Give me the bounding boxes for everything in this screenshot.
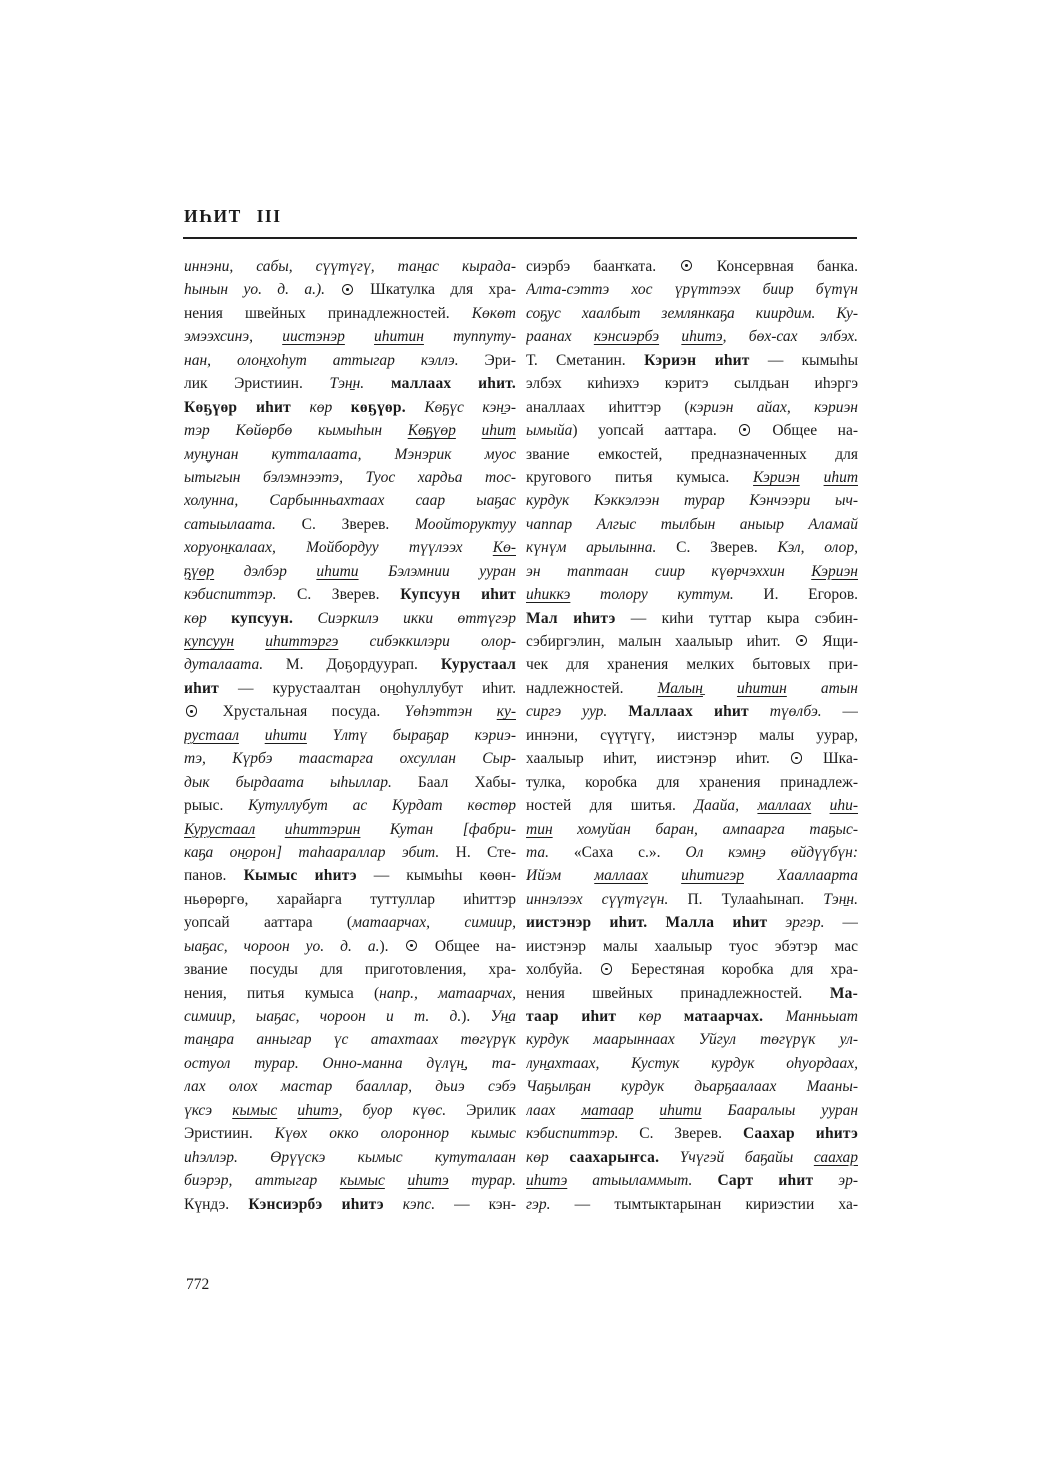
text-run: Курустаал: [418, 656, 516, 673]
text-line: эмээхсинэ, иистэнэр иһитин туппуту-: [184, 325, 516, 348]
column-right: сиэрбэ бааҥката. Консервная банка.Алта-с…: [526, 255, 858, 1216]
text-run: атын: [787, 680, 858, 697]
text-run: Тэн̱н.: [804, 891, 858, 908]
text-run: рыыс.: [184, 797, 223, 814]
text-run: Моойторуктуу: [389, 516, 516, 533]
dictionary-page: ИҺИТ III иннэни, сабы, сүүтүгү, тан̱ас к…: [0, 0, 1040, 1473]
text-line: ҕүөр дэлбэр иһити Бэлэмнии ууран: [184, 560, 516, 583]
text-run: симиир, ыаҕас, чороон и т. д.: [184, 1008, 461, 1025]
text-run: ку-: [497, 703, 516, 720]
text-run: мун̱унан кутталаата, Мэнэрик муос: [184, 446, 516, 463]
text-line: Ийэм маллаах иһитигэр Хааллаарта: [526, 864, 858, 887]
text-run: иһит: [482, 422, 516, 439]
text-run: [811, 797, 829, 814]
text-run: иннэлээх сүүтүгүн.: [526, 891, 668, 908]
text-run: иистэнэр: [282, 328, 345, 345]
column-left: иннэни, сабы, сүүтүгү, тан̱ас кырада-һын…: [184, 255, 516, 1216]
text-run: Ийэм: [526, 867, 594, 884]
text-run: иһити: [316, 563, 358, 580]
text-line: рыыс. Кутуллубут ас Курдат көстөр: [184, 794, 516, 817]
text-line: иннэни, сабы, сүүтүгү, тан̱ас кырада-: [184, 255, 516, 278]
text-run: кымыс: [232, 1102, 277, 1119]
text-run: нения, питья кумыса (: [184, 985, 379, 1002]
text-run: Кэнсиэрбэ иһитэ: [229, 1196, 384, 1213]
text-line: тэр Көйөрбө кымыһын Көҕүөр иһит: [184, 419, 516, 442]
text-line: тин хомуйан баран, ампаарга таҕыс-: [526, 818, 858, 841]
text-run: гэр.: [526, 1196, 551, 1213]
text-run: саахарыҥса.: [569, 1149, 659, 1166]
text-run: матаар: [581, 1102, 633, 1119]
text-run: [345, 328, 374, 345]
text-run: «Саха с.».: [549, 844, 661, 861]
text-line: иистэнэр малы хаалыыр туос эбэтэр мас: [526, 935, 858, 958]
text-line: каҕа он̱орон] таһаараллар эбит. Н. Сте-: [184, 841, 516, 864]
text-run: толору куттум.: [570, 586, 733, 603]
text-line: иннэлээх сүүтүгүн. П. Тулааһынап. Тэн̱н.: [526, 888, 858, 911]
text-run: [255, 821, 285, 838]
text-run: иһитин: [737, 680, 787, 697]
text-run: иистэнэр малы хаалыыр туос эбэтэр мас: [526, 938, 858, 955]
text-run: атыыламмыт.: [567, 1172, 692, 1189]
text-run: матаарчах.: [684, 1008, 763, 1025]
text-run: Эристиин.: [184, 1125, 253, 1142]
text-run: биэрэр, аттыгар: [184, 1172, 340, 1189]
text-run: Эрилик: [446, 1102, 516, 1119]
text-run: иистэнэр иһит. Малла иһит: [526, 914, 767, 931]
text-run: Кэриэн: [753, 469, 800, 486]
text-run: ньөрөргө, харайарга туттуллар иһиттэр: [184, 891, 516, 908]
text-run: дык бырдаата ыһыллар.: [184, 774, 392, 791]
text-run: Кутуллубут ас Курдат көстөр: [223, 797, 516, 814]
text-line: иһэллэр. Өрүүскэ кымыс кутуталаан: [184, 1146, 516, 1169]
text-run: аналлаах иһиттэр (: [526, 399, 690, 416]
text-run: һынын уо. д. а.).: [184, 281, 325, 298]
text-run: маллаах: [594, 867, 648, 884]
text-line: звание емкостей, предназначенных для: [526, 443, 858, 466]
text-run: иһитэ: [526, 1172, 567, 1189]
text-line: тулка, коробка для хранения принадлеж-: [526, 771, 858, 794]
text-run: турар.: [449, 1172, 516, 1189]
entry-marker-icon: [406, 940, 417, 951]
text-run: хомуйан баран, ампаарга таҕыс-: [553, 821, 858, 838]
text-line: көр саахарыҥса. Үчүгэй баҕайы саахар: [526, 1146, 858, 1169]
text-run: каҕа он̱орон] таһаараллар эбит.: [184, 844, 439, 861]
text-run: [456, 422, 482, 439]
text-run: лаах: [526, 1102, 581, 1119]
text-run: маллаах: [757, 797, 811, 814]
text-run: сиэрбэ бааҥката. Консервная банка.: [526, 258, 858, 275]
text-run: Т. Сметанин.: [526, 352, 626, 369]
text-run: [703, 680, 737, 697]
text-run: тулка, коробка для хранения принадлеж-: [526, 774, 858, 791]
text-line: тэ, Күрбэ таастарга охсуллан Сыр-: [184, 747, 516, 770]
text-run: Мал иһитэ: [526, 610, 616, 627]
text-line: Мал иһитэ — киһи туттар кыра сэбин-: [526, 607, 858, 630]
text-run: үксэ: [184, 1102, 232, 1119]
text-run: ытыгын бэлэмнээтэ, Туос хардьа тос-: [184, 469, 516, 486]
text-run: иһэллэр. Өрүүскэ кымыс кутуталаан: [184, 1149, 516, 1166]
text-run: иннэни, сабы, сүүтүгү, тан̱ас кырада-: [184, 258, 516, 275]
text-run: М. Доҕордуурап.: [263, 656, 418, 673]
entry-marker-icon: [681, 260, 692, 271]
text-line: лик Эристиин. Тэн̱н. маллаах иһит.: [184, 372, 516, 395]
text-run: остуол турар. Онно-манна дүлүн̱, та-: [184, 1055, 516, 1072]
text-run: тэр Көйөрбө кымыһын: [184, 422, 408, 439]
text-line: күнүм арылынна. С. Зверев. Кэл, олор,: [526, 536, 858, 559]
text-run: — кэн-: [435, 1196, 516, 1213]
text-line: курдук Кэккэлээн турар Кэнчээри ыч-: [526, 489, 858, 512]
text-line: Чаҕылҕан курдук дьарҕаалаах Мааны-: [526, 1075, 858, 1098]
text-run: — кымыһы: [750, 352, 858, 369]
text-run: иһиттэргэ: [265, 633, 338, 650]
text-line: иистэнэр иһит. Малла иһит эргэр. —: [526, 911, 858, 934]
text-run: хаалыыр иһит, иистэнэр иһит. Шка-: [526, 750, 858, 767]
text-line: курдук маарыннаах Уйгул төгүрүк ул-: [526, 1028, 858, 1051]
text-run: Баал Хабы-: [392, 774, 516, 791]
text-line: чаппар Алгыс тылбын аныыр Аламай: [526, 513, 858, 536]
text-run: купсуун.: [231, 610, 293, 627]
text-line: остуол турар. Онно-манна дүлүн̱, та-: [184, 1052, 516, 1075]
text-run: [800, 469, 824, 486]
text-run: — курустаалтан он̱оһуллубут иһит.: [219, 680, 516, 697]
text-run: [729, 469, 753, 486]
text-line: көр купсуун. Сиэркилэ икки өттүгэр: [184, 607, 516, 630]
text-line: лаах матаар иһити Бааралыы ууран: [526, 1099, 858, 1122]
text-run: дэлбэр: [214, 563, 316, 580]
text-run: П. Тулааһынап.: [668, 891, 804, 908]
text-run: Кымыс иһитэ: [226, 867, 356, 884]
text-run: көр: [616, 1008, 684, 1025]
text-run: рустаал: [184, 727, 239, 744]
text-run: Көҕүөр иһит: [184, 399, 291, 416]
text-line: нения швейных принадлежностей. Көкөт: [184, 302, 516, 325]
text-line: Курустаал иһиттэрин Кутан [фабри-: [184, 818, 516, 841]
text-run: Бааралыы ууран: [702, 1102, 858, 1119]
text-run: кэпс.: [384, 1196, 435, 1213]
text-run: Купсуун иһит: [380, 586, 516, 603]
text-run: иһитэ: [297, 1102, 338, 1119]
text-run: Кэриэн иһит: [626, 352, 750, 369]
text-line: иһит — курустаалтан он̱оһуллубут иһит.: [184, 677, 516, 700]
text-run: Курустаал: [184, 821, 255, 838]
text-run: иһитигэр: [681, 867, 744, 884]
text-run: И. Егоров.: [734, 586, 858, 603]
text-line: рустаал иһити Үлтү быраҕар кэриэ-: [184, 724, 516, 747]
text-run: кругового питья кумыса.: [526, 469, 729, 486]
text-run: түөлбэ.: [749, 703, 822, 720]
text-line: Алта-сэттэ хос үрүттээх биир бүтүн: [526, 278, 858, 301]
text-line: сиэрбэ бааҥката. Консервная банка.: [526, 255, 858, 278]
text-run: иһиттэрин: [285, 821, 361, 838]
text-run: Үчүгэй баҕайы: [659, 1149, 814, 1166]
text-run: Көкөт: [450, 305, 516, 322]
text-run: , бөх-сах элбэх.: [723, 328, 858, 345]
text-run: Күөх окко олороннор кымыс: [253, 1125, 516, 1142]
text-line: биэрэр, аттыгар кымыс иһитэ турар.: [184, 1169, 516, 1192]
text-line: панов. Кымыс иһитэ — кымыһы көөн-: [184, 864, 516, 887]
text-run: кэриэн айах, кэриэн: [690, 399, 858, 416]
text-run: [634, 1102, 660, 1119]
text-run: иһити: [265, 727, 307, 744]
text-run: көр: [526, 1149, 569, 1166]
text-line: холунна, Сарбынньахтаах саар ыаҕас: [184, 489, 516, 512]
text-run: нения швейных принадлежностей.: [184, 305, 450, 322]
text-line: Т. Сметанин. Кэриэн иһит — кымыһы: [526, 349, 858, 372]
text-line: уопсай ааттара (матаарчах, симиир,: [184, 911, 516, 934]
text-run: кэнсиэрбэ: [594, 328, 659, 345]
text-run: Үөһэттэн: [380, 703, 497, 720]
text-line: холбуйа. Берестяная коробка для хра-: [526, 958, 858, 981]
text-run: Маллаах иһит: [607, 703, 749, 720]
running-header: ИҺИТ III: [184, 206, 282, 227]
text-line: ытыгын бэлэмнээтэ, Туос хардьа тос-: [184, 466, 516, 489]
text-run: саахар: [814, 1149, 858, 1166]
text-run: ыаҕас, чороон уо. д. а.: [184, 938, 380, 955]
text-line: сатыылаата. С. Зверев. Моойторуктуу: [184, 513, 516, 536]
entry-marker-icon: [186, 705, 197, 716]
text-run: Көҕүс кэн̱э-: [406, 399, 516, 416]
text-run: ҕүөр: [184, 563, 214, 580]
text-run: Кэл, олор,: [758, 539, 858, 556]
text-run: нения швейных принадлежностей.: [526, 985, 802, 1002]
text-run: көр: [184, 610, 231, 627]
text-run: сэбиргэлин, малын хаалыыр иһит. Ящи-: [526, 633, 858, 650]
text-line: иһитэ атыыламмыт. Сарт иһит эр-: [526, 1169, 858, 1192]
text-run: кэбиспиттэр.: [184, 586, 276, 603]
text-run: купсуун: [184, 633, 234, 650]
text-line: лун̱ахтаах, Кустук курдук оһуордаах,: [526, 1052, 858, 1075]
text-line: тан̱ара анныгар үс атахтаах төгүрүк: [184, 1028, 516, 1051]
header-rule: [183, 237, 857, 239]
text-run: С. Зверев.: [656, 539, 757, 556]
text-run: С. Зверев.: [276, 586, 379, 603]
text-run: туппуту-: [424, 328, 516, 345]
text-run: [234, 633, 265, 650]
entry-marker-icon: [791, 752, 802, 763]
text-run: ностей для шитья.: [526, 797, 676, 814]
text-line: чек для хранения мелких бытовых при-: [526, 653, 858, 676]
text-run: [624, 680, 658, 697]
text-run: холунна, Сарбынньахтаах саар ыаҕас: [184, 492, 516, 509]
text-line: раанах кэнсиэрбэ иһитэ, бөх-сах элбэх.: [526, 325, 858, 348]
text-line: хоруон̱калаах, Мойбордуу түүлээх Кө-: [184, 536, 516, 559]
text-run: холбуйа. Берестяная коробка для хра-: [526, 961, 858, 978]
text-run: көр: [291, 399, 351, 416]
text-run: иһитэ: [681, 328, 722, 345]
entry-marker-icon: [601, 963, 612, 974]
text-run: соҕус хаалбыт землянкаҕа киирдим. Ку-: [526, 305, 858, 322]
text-line: эн таптаан сиир күөрчэххин Кэриэн: [526, 560, 858, 583]
text-run: иһит: [824, 469, 858, 486]
text-run: Малын̱: [658, 680, 703, 697]
text-run: Ма-: [802, 985, 858, 1002]
text-run: таар иһит: [526, 1008, 616, 1025]
text-run: [648, 867, 681, 884]
text-run: эр-: [813, 1172, 858, 1189]
text-line: гэр. — тымтыктарынан кириэстии ха-: [526, 1193, 858, 1216]
text-run: ымыйа: [526, 422, 572, 439]
text-run: ).: [461, 1008, 470, 1025]
text-line: һынын уо. д. а.). Шкатулка для хра-: [184, 278, 516, 301]
text-run: кэбиспиттэр.: [526, 1125, 618, 1142]
text-run: нан, олон̱хоһут аттыгар кэллэ.: [184, 352, 459, 369]
text-run: [239, 727, 265, 744]
text-line: Эристиин. Күөх окко олороннор кымыс: [184, 1122, 516, 1145]
text-line: ымыйа) уопсай ааттара. Общее на-: [526, 419, 858, 442]
text-run: —: [822, 703, 858, 720]
text-run: Саахар иһитэ: [722, 1125, 858, 1142]
text-line: кэбиспиттэр. С. Зверев. Купсуун иһит: [184, 583, 516, 606]
text-run: Хрустальная посуда.: [184, 703, 380, 720]
text-run: лун̱ахтаах, Кустук курдук оһуордаах,: [526, 1055, 858, 1072]
text-run: эргэр.: [767, 914, 824, 931]
text-line: сэбиргэлин, малын хаалыыр иһит. Ящи-: [526, 630, 858, 653]
text-run: иннэни, сүүтүгү, иистэнэр малы уурар,: [526, 727, 858, 744]
text-line: лах олох мастар бааллар, дьиэ сэбэ: [184, 1075, 516, 1098]
text-run: эн таптаан сиир күөрчэххин: [526, 563, 811, 580]
text-line: ньөрөргө, харайарга туттуллар иһиттэр: [184, 888, 516, 911]
text-run: [659, 328, 681, 345]
text-run: Күндэ.: [184, 1196, 229, 1213]
text-run: матаарчах, симиир,: [352, 914, 516, 931]
text-run: кымыс: [340, 1172, 385, 1189]
text-run: , буор күөс.: [339, 1102, 447, 1119]
text-run: Кэриэн: [811, 563, 858, 580]
text-run: панов.: [184, 867, 226, 884]
text-run: звание посуды для приготовления, хра-: [184, 961, 516, 978]
text-run: уопсай ааттара (: [184, 914, 352, 931]
text-line: надлежностей. Малын̱ иһитин атын: [526, 677, 858, 700]
text-run: көҕүөр.: [351, 399, 406, 416]
text-line: үксэ кымыс иһитэ, буор күөс. Эрилик: [184, 1099, 516, 1122]
text-run: [385, 1172, 408, 1189]
text-run: Чаҕылҕан курдук дьарҕаалаах Мааны-: [526, 1078, 858, 1095]
text-line: Көҕүөр иһит көр көҕүөр. Көҕүс кэн̱э-: [184, 396, 516, 419]
text-line: ыаҕас, чороон уо. д. а.). Общее на-: [184, 935, 516, 958]
text-run: тин: [526, 821, 553, 838]
text-run: эмээхсинэ,: [184, 328, 282, 345]
text-run: Даайа,: [676, 797, 758, 814]
text-run: ) уопсай ааттара. Общее на-: [572, 422, 858, 439]
text-line: купсуун иһиттэргэ сибэккилэри олор-: [184, 630, 516, 653]
text-line: нения, питья кумыса (напр., матаарчах,: [184, 982, 516, 1005]
text-line: кругового питья кумыса. Кэриэн иһит: [526, 466, 858, 489]
entry-marker-icon: [796, 635, 807, 646]
text-run: курдук Кэккэлээн турар Кэнчээри ыч-: [526, 492, 858, 509]
text-line: нения швейных принадлежностей. Ма-: [526, 982, 858, 1005]
text-run: элбэх киһиэхэ кэритэ сылдьан иһэргэ: [526, 375, 858, 392]
text-line: дуталаата. М. Доҕордуурап. Курустаал: [184, 653, 516, 676]
text-run: иһиккэ: [526, 586, 570, 603]
page-number: 772: [186, 1276, 209, 1294]
text-run: — киһи туттар кыра сэбин-: [616, 610, 859, 627]
text-line: сиргэ уур. Маллаах иһит түөлбэ. —: [526, 700, 858, 723]
text-line: нан, олон̱хоһут аттыгар кэллэ. Эри-: [184, 349, 516, 372]
text-line: иһиккэ толору куттум. И. Егоров.: [526, 583, 858, 606]
text-run: иһитин: [374, 328, 424, 345]
text-run: —: [824, 914, 858, 931]
text-columns: иннэни, сабы, сүүтүгү, тан̱ас кырада-һын…: [184, 255, 858, 1216]
text-run: курдук маарыннаах Уйгул төгүрүк ул-: [526, 1031, 858, 1048]
text-run: — кымыһы көөн-: [357, 867, 516, 884]
text-line: таар иһит көр матаарчах. Манньыат: [526, 1005, 858, 1028]
text-run: Шкатулка для хра-: [325, 281, 516, 298]
text-run: Ун̱а: [470, 1008, 516, 1025]
text-run: [277, 1102, 297, 1119]
text-line: соҕус хаалбыт землянкаҕа киирдим. Ку-: [526, 302, 858, 325]
text-run: — тымтыктарынан кириэстии ха-: [551, 1196, 858, 1213]
text-run: Манньыат: [763, 1008, 858, 1025]
text-line: кэбиспиттэр. С. Зверев. Саахар иһитэ: [526, 1122, 858, 1145]
text-line: иннэни, сүүтүгү, иистэнэр малы уурар,: [526, 724, 858, 747]
text-run: иһи-: [830, 797, 858, 814]
text-run: напр., матаарчах,: [379, 985, 516, 1002]
text-run: сатыылаата.: [184, 516, 276, 533]
text-line: звание посуды для приготовления, хра-: [184, 958, 516, 981]
text-run: Сиэркилэ икки өттүгэр: [293, 610, 516, 627]
text-run: лик Эристиин.: [184, 375, 303, 392]
text-run: С. Зверев.: [276, 516, 389, 533]
text-run: тан̱ара анныгар үс атахтаах төгүрүк: [184, 1031, 516, 1048]
text-run: Сарт иһит: [692, 1172, 813, 1189]
text-line: хаалыыр иһит, иистэнэр иһит. Шка-: [526, 747, 858, 770]
text-run: чек для хранения мелких бытовых при-: [526, 656, 858, 673]
text-run: чаппар Алгыс тылбын аныыр Аламай: [526, 516, 858, 533]
text-line: элбэх киһиэхэ кэритэ сылдьан иһэргэ: [526, 372, 858, 395]
text-run: лах олох мастар бааллар, дьиэ сэбэ: [184, 1078, 516, 1095]
text-run: иһит: [184, 680, 219, 697]
text-run: С. Зверев.: [618, 1125, 722, 1142]
text-run: дуталаата.: [184, 656, 263, 673]
entry-marker-icon: [342, 284, 353, 295]
text-run: Үлтү быраҕар кэриэ-: [307, 727, 516, 744]
text-run: иһитэ: [407, 1172, 448, 1189]
text-run: раанах: [526, 328, 594, 345]
text-line: Хрустальная посуда. Үөһэттэн ку-: [184, 700, 516, 723]
text-run: Тэн̱н.: [303, 375, 364, 392]
text-line: Күндэ. Кэнсиэрбэ иһитэ кэпс. — кэн-: [184, 1193, 516, 1216]
text-run: Алта-сэттэ хос үрүттээх биир бүтүн: [526, 281, 858, 298]
text-run: ). Общее на-: [380, 938, 517, 955]
text-run: Бэлэмнии ууран: [359, 563, 516, 580]
text-run: надлежностей.: [526, 680, 624, 697]
text-run: сибэккилэри олор-: [338, 633, 516, 650]
text-run: Хааллаарта: [744, 867, 858, 884]
entry-marker-icon: [739, 424, 750, 435]
text-run: Эри-: [459, 352, 516, 369]
text-run: Н. Сте-: [439, 844, 516, 861]
text-run: Кө-: [493, 539, 516, 556]
text-run: хоруон̱калаах, Мойбордуу түүлээх: [184, 539, 493, 556]
text-run: та.: [526, 844, 549, 861]
text-run: Көҕүөр: [408, 422, 456, 439]
text-line: та. «Саха с.». Ол кэмн̱э өйдүүбүн:: [526, 841, 858, 864]
text-run: маллаах иһит.: [364, 375, 516, 392]
text-line: ностей для шитья. Даайа, маллаах иһи-: [526, 794, 858, 817]
text-run: иһити: [659, 1102, 701, 1119]
text-run: тэ, Күрбэ таастарга охсуллан Сыр-: [184, 750, 516, 767]
text-run: Кутан [фабри-: [360, 821, 516, 838]
text-line: дык бырдаата ыһыллар. Баал Хабы-: [184, 771, 516, 794]
text-run: звание емкостей, предназначенных для: [526, 446, 858, 463]
text-line: симиир, ыаҕас, чороон и т. д.). Ун̱а: [184, 1005, 516, 1028]
text-line: мун̱унан кутталаата, Мэнэрик муос: [184, 443, 516, 466]
text-run: Ол кэмн̱э өйдүүбүн:: [661, 844, 858, 861]
text-line: аналлаах иһиттэр (кэриэн айах, кэриэн: [526, 396, 858, 419]
text-run: күнүм арылынна.: [526, 539, 656, 556]
text-run: сиргэ уур.: [526, 703, 607, 720]
